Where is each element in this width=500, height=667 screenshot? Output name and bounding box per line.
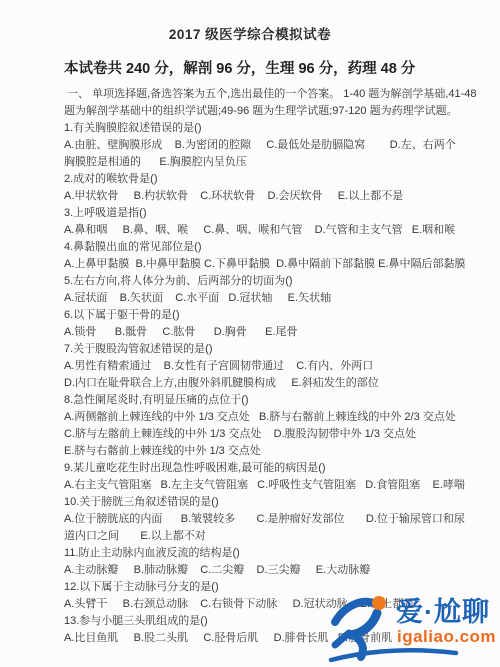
option-line: D.内口在耻骨联合上方,由腹外斜肌腱膜构成 E.斜疝发生的部位 xyxy=(64,375,470,392)
question-text: 8.急性阑尾炎时,有明显压痛的点位于() xyxy=(64,392,470,409)
option-line: A.冠状面 B.矢状面 C.水平面 D.冠状轴 E.矢状轴 xyxy=(64,290,470,307)
option-line: 胸膜腔是相通的 E.胸膜腔内呈负压 xyxy=(64,154,470,171)
question-text: 4.鼻黏膜出血的常见部位是() xyxy=(64,239,470,256)
option-line: A.主动脉瓣 B.肺动脉瓣 C.二尖瓣 D.三尖瓣 E.大动脉瓣 xyxy=(64,562,470,579)
score-summary: 本试卷共 240 分，解剖 96 分，生理 96 分，药理 48 分 xyxy=(64,60,460,79)
option-line: A.锁骨 B.骶骨 C.肱骨 D.胸骨 E.尾骨 xyxy=(64,324,470,341)
option-line: A.位于膀胱底的内面 B.皱襞较多 C.是肿瘤好发部位 D.位于输尿管口和尿 xyxy=(64,511,470,528)
option-line: A.上鼻甲黏膜 B.中鼻甲黏膜 C.下鼻甲黏膜 D.鼻中隔前下部黏膜 E.鼻中隔… xyxy=(64,256,470,273)
question-text: 6.以下属于躯干骨的是() xyxy=(64,307,470,324)
option-line: 道内口之间 E.以上都不对 xyxy=(64,528,470,545)
swoosh-icon xyxy=(331,650,456,660)
option-line: A.头臂干 B.右颈总动脉 C.右锁骨下动脉 D.冠状动脉 E.以上都是 xyxy=(64,596,470,613)
option-line: A.甲状软骨 B.杓状软骨 C.环状软骨 D.会厌软骨 E.以上都不是 xyxy=(64,188,470,205)
question-text: 1.有关胸膜腔叙述错误的是() xyxy=(64,120,470,137)
option-line: A.男性有精索通过 B.女性有子宫圆韧带通过 C.有内、外两口 xyxy=(64,358,470,375)
option-line: A.右主支气管阻塞 B.左主支气管阻塞 C.呼吸性支气管阻塞 D.食管阻塞 E.… xyxy=(64,477,470,494)
paper-body: 一、 单项选择题,备选答案为五个,选出最佳的一个答案。 1-40 题为解剖学基础… xyxy=(64,86,470,647)
option-line: A.鼻和咽 B.鼻、咽、喉 C.鼻、咽、喉和气管 D.气管和主支气管 E.咽和喉 xyxy=(64,222,470,239)
question-text: 10.关于膀胱三角叙述错误的是() xyxy=(64,494,470,511)
option-line: E.脐与右髂前上棘连线的中外 1/3 交点处 xyxy=(64,443,470,460)
option-line: A.比目鱼肌 B.股二头肌 C.胫骨后肌 D.腓骨长肌 E.胫骨前肌 xyxy=(64,630,470,647)
option-line: A.由脏、壁胸膜形成 B.为密闭的腔隙 C.最低处是肋膈隐窝 D.左、右两个 xyxy=(64,137,470,154)
question-text: 7.关于腹股沟管叙述错误的是() xyxy=(64,341,470,358)
question-text: 5.左右方向,将人体分为前、后两部分的切面为() xyxy=(64,273,470,290)
question-text: 13.参与小腿三头肌组成的是() xyxy=(64,613,470,630)
question-text: 3.上呼吸道是指() xyxy=(64,205,470,222)
question-text: 12.以下属于主动脉弓分支的是() xyxy=(64,579,470,596)
option-line: C.脐与左髂前上棘连线的中外 1/3 交点处 D.腹股沟韧带中外 1/3 交点处 xyxy=(64,426,470,443)
section-intro-line: 一、 单项选择题,备选答案为五个,选出最佳的一个答案。 1-40 题为解剖学基础… xyxy=(64,86,470,103)
question-text: 2.成对的喉软骨是() xyxy=(64,171,470,188)
section-intro-line: 题为解剖学基础中的组织学试题;49-96 题为生理学试题;97-120 题为药理… xyxy=(64,103,470,120)
question-text: 11.防止主动脉内血液反流的结构是() xyxy=(64,545,470,562)
option-line: A.两侧髂前上棘连线的中外 1/3 交点处 B.脐与右髂前上棘连线的中外 2/3… xyxy=(64,409,470,426)
question-text: 9.某儿童吃花生时出现急性呼吸困难,最可能的病因是() xyxy=(64,460,470,477)
exam-paper-page: 2017 级医学综合模拟试卷 本试卷共 240 分，解剖 96 分，生理 96 … xyxy=(0,0,500,667)
paper-title: 2017 级医学综合模拟试卷 xyxy=(0,0,500,43)
